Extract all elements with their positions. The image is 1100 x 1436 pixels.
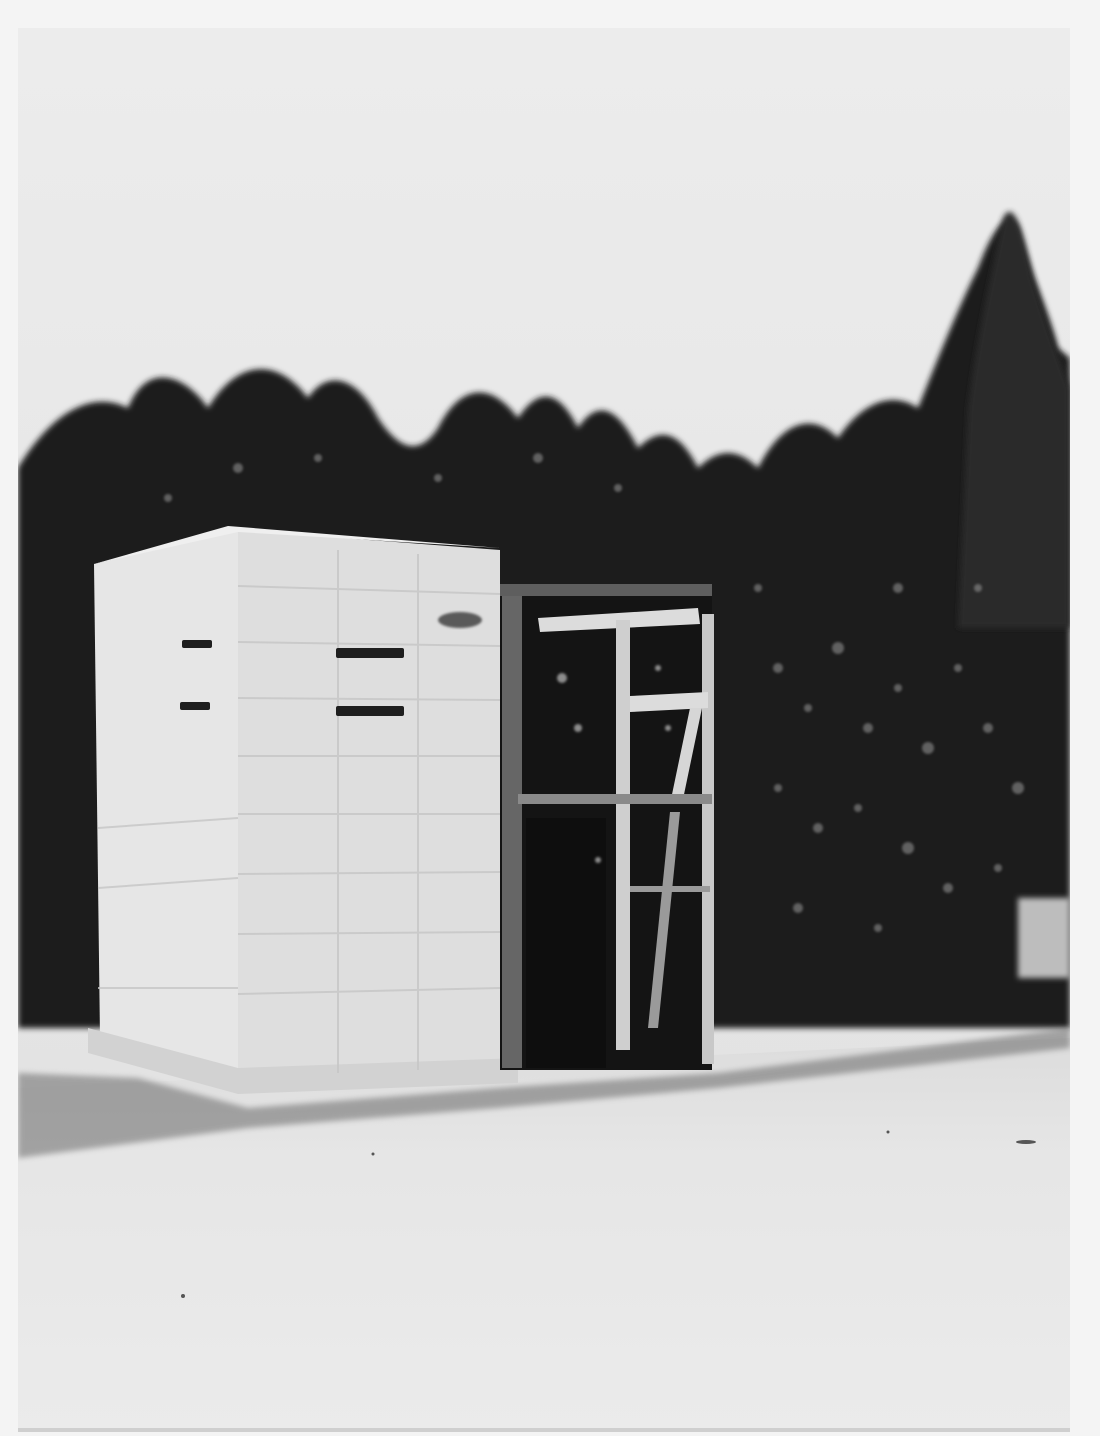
block-structure: [88, 526, 518, 1094]
lower-rail: [630, 886, 710, 892]
timber-frame-structure: [500, 584, 714, 1070]
right-post: [702, 614, 714, 1064]
center-post: [616, 620, 630, 1050]
slit-left-top: [182, 640, 212, 648]
surface-mark: [438, 612, 482, 628]
mid-beam: [518, 794, 712, 804]
frame-top-beam: [500, 584, 712, 596]
slit-front-bottom: [336, 706, 404, 716]
background-clearing: [1018, 898, 1070, 978]
frame-left-post: [502, 588, 522, 1068]
block-left-face: [94, 530, 238, 1078]
historical-photograph: [18, 28, 1070, 1432]
photo-illustration: [18, 28, 1070, 1432]
slit-left-bottom: [180, 702, 210, 710]
photo-edge: [18, 1428, 1070, 1432]
door: [526, 818, 606, 1068]
slit-front-top: [336, 648, 404, 658]
